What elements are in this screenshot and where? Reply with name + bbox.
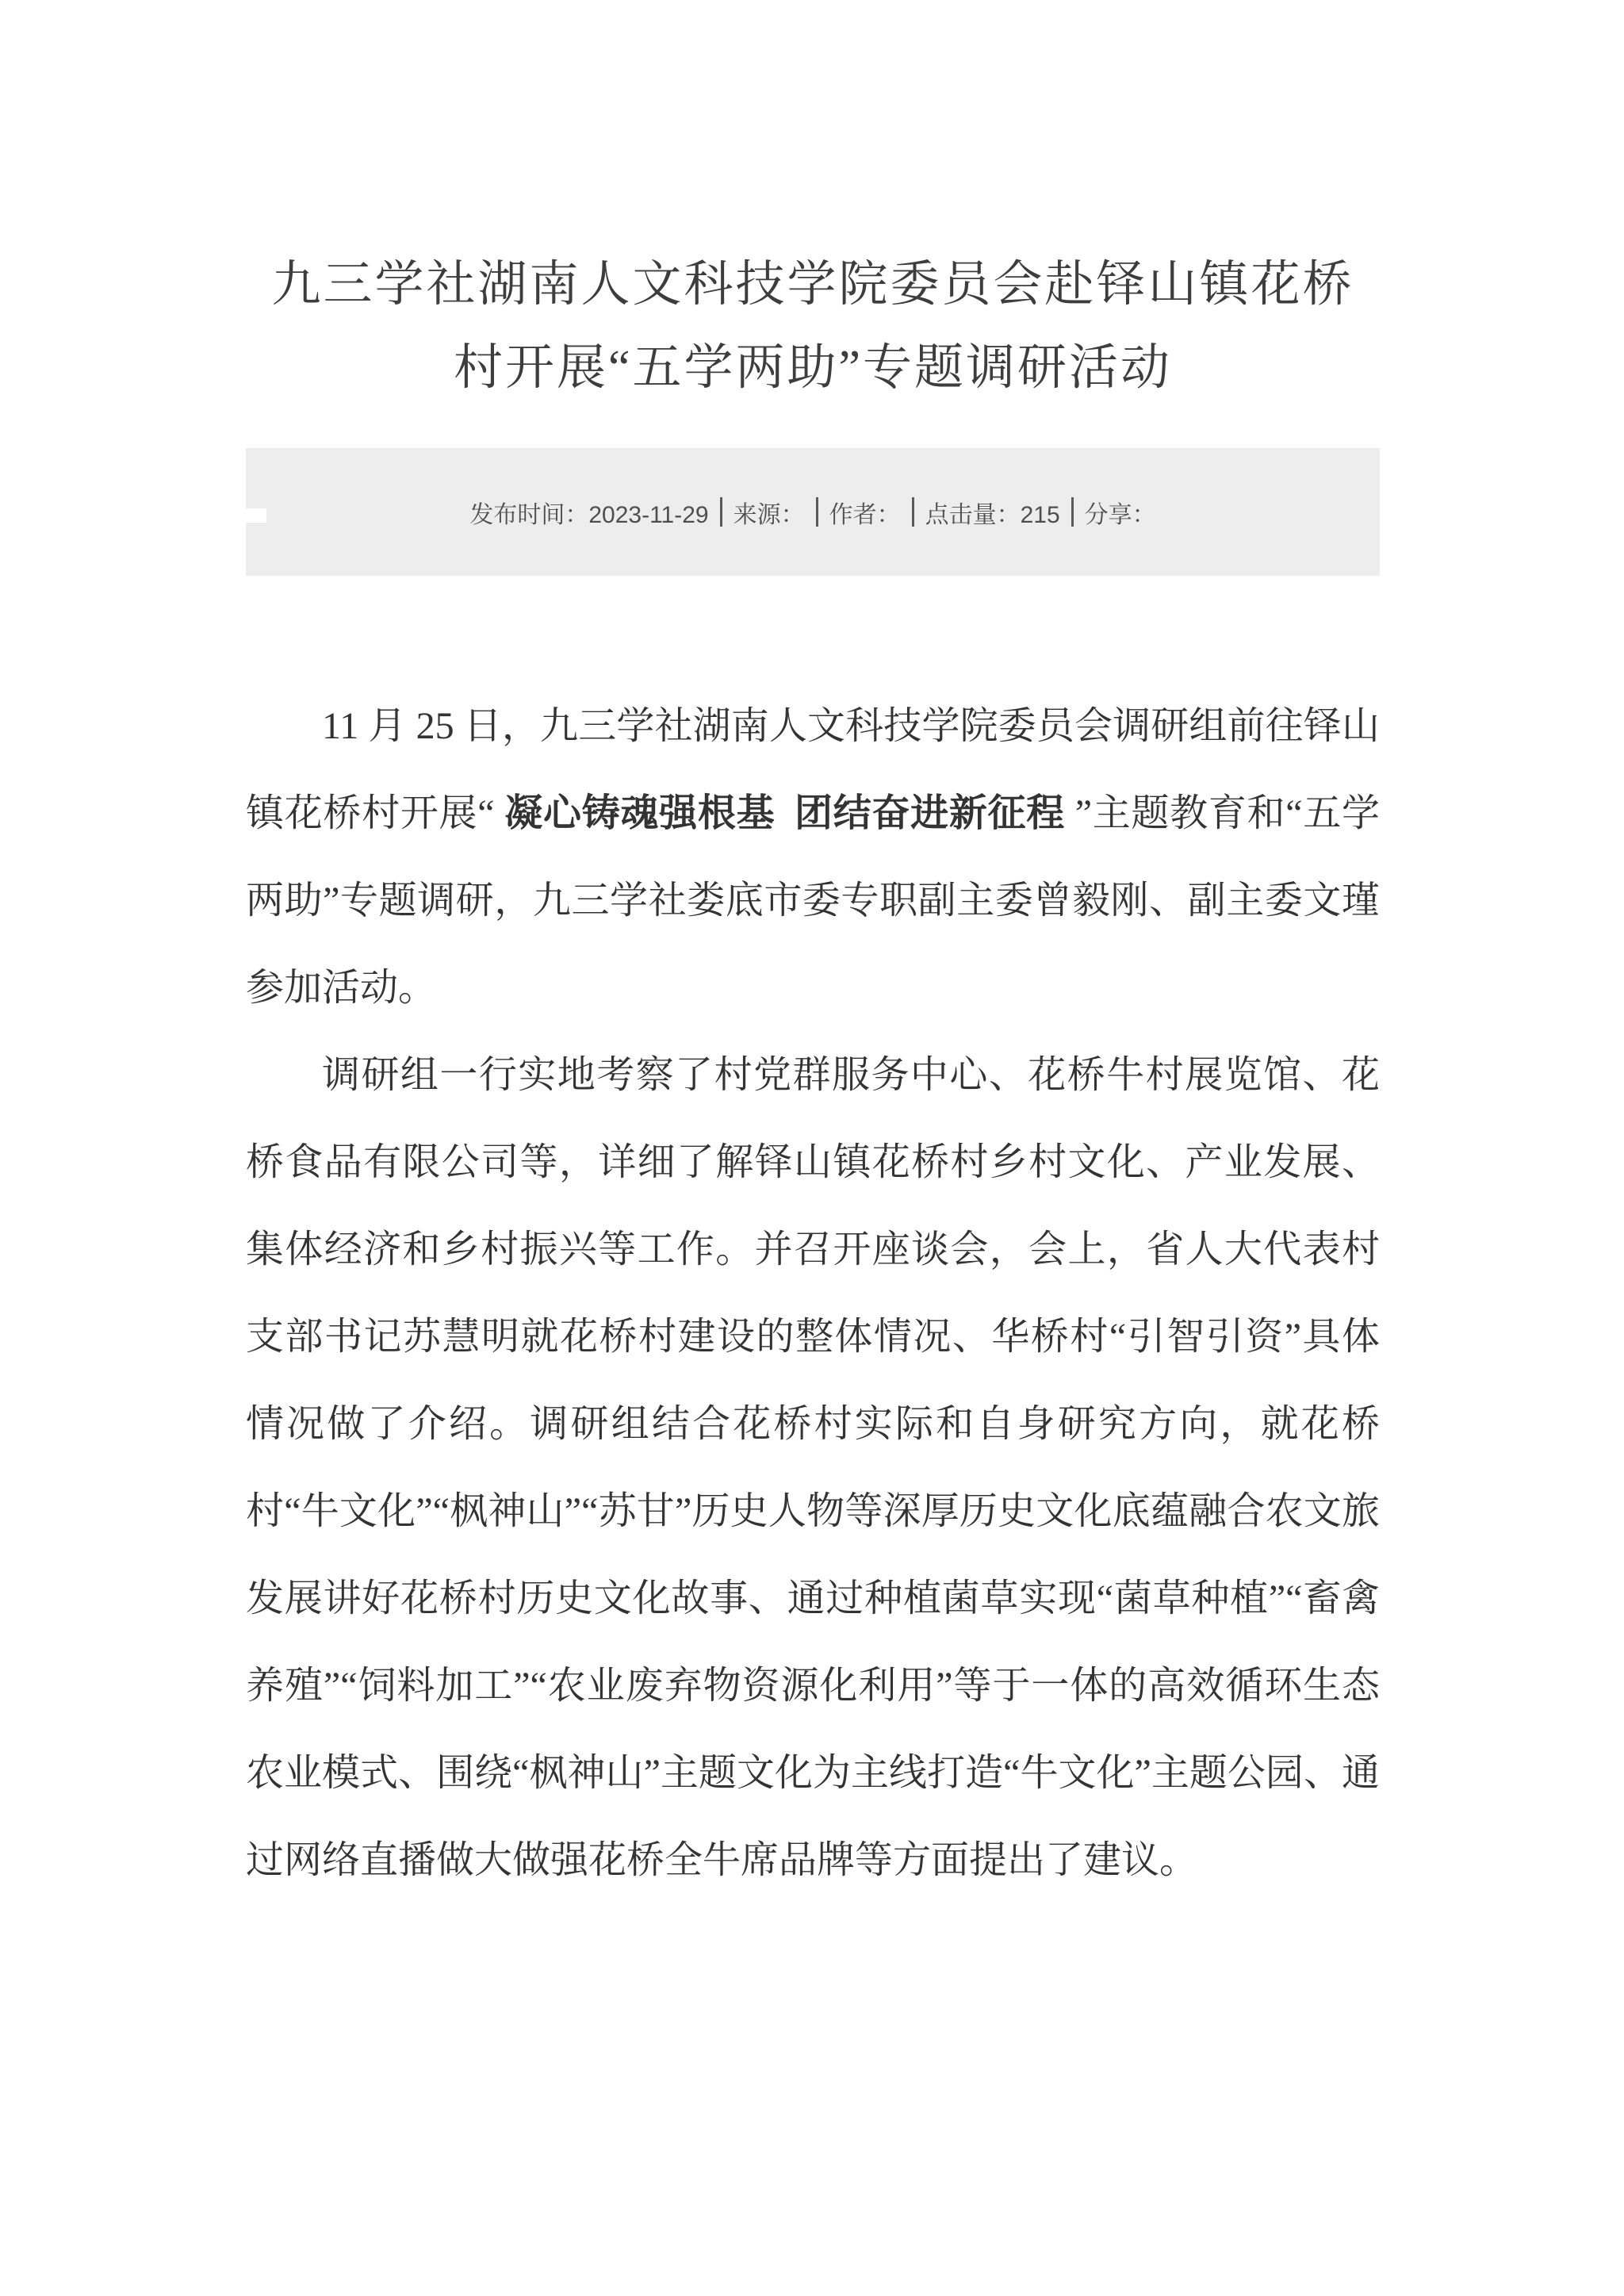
meta-click-count: 点击量：215	[925, 495, 1060, 530]
paragraph-1-bold-phrase: 凝心铸魂强根基 团结奋进新征程	[504, 792, 1065, 834]
meta-bar-notch	[246, 508, 266, 523]
meta-divider-icon	[720, 497, 722, 527]
content-column: 九三学社湖南人文科技学院委员会赴铎山镇花桥 村开展“五学两助”专题调研活动 发布…	[246, 0, 1380, 1904]
meta-divider-icon	[816, 497, 818, 527]
page-title-line-2: 村开展“五学两助”专题调研活动	[246, 327, 1380, 410]
meta-share: 分享：	[1085, 495, 1156, 530]
meta-author: 作者：	[829, 495, 901, 530]
article-page: 九三学社湖南人文科技学院委员会赴铎山镇花桥 村开展“五学两助”专题调研活动 发布…	[0, 0, 1624, 2296]
article-body: 11 月 25 日，九三学社湖南人文科技学院委员会调研组前往铎山镇花桥村开展“ …	[246, 683, 1380, 1904]
meta-line: 发布时间：2023-11-29 来源： 作者： 点击量：215 分享：	[469, 495, 1155, 530]
meta-publish-time: 发布时间：2023-11-29	[469, 495, 708, 530]
page-title: 九三学社湖南人文科技学院委员会赴铎山镇花桥 村开展“五学两助”专题调研活动	[246, 243, 1380, 410]
meta-divider-icon	[1071, 497, 1074, 527]
meta-divider-icon	[912, 497, 914, 527]
meta-bar: 发布时间：2023-11-29 来源： 作者： 点击量：215 分享：	[246, 448, 1380, 576]
meta-source: 来源：	[733, 495, 805, 530]
paragraph-1: 11 月 25 日，九三学社湖南人文科技学院委员会调研组前往铎山镇花桥村开展“ …	[246, 683, 1380, 1032]
paragraph-2: 调研组一行实地考察了村党群服务中心、花桥牛村展览馆、花桥食品有限公司等，详细了解…	[246, 1032, 1380, 1904]
page-title-line-1: 九三学社湖南人文科技学院委员会赴铎山镇花桥	[246, 243, 1380, 327]
